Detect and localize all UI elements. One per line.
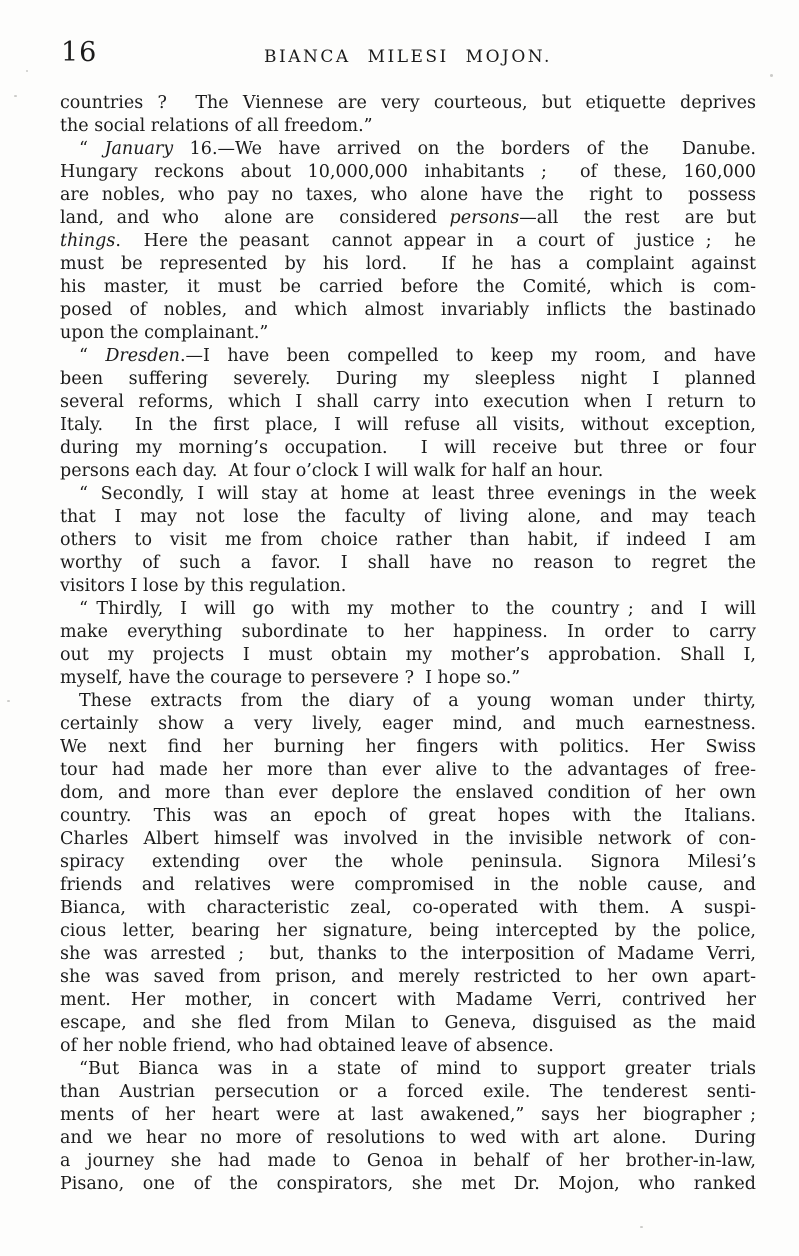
text-line: and we hear no more of resolutions to we… (60, 1127, 756, 1150)
text-line: cious letter, bearing her signature, bei… (60, 920, 756, 943)
text-line: friends and relatives were compromised i… (60, 874, 756, 897)
text-line: of her noble friend, who had obtained le… (60, 1035, 756, 1058)
text-line: out my projects I must obtain my mother’… (60, 644, 756, 667)
scan-speck (770, 74, 773, 77)
text-line: posed of nobles, and which almost invari… (60, 299, 756, 322)
text-line: been suffering severely. During my sleep… (60, 368, 756, 391)
text-line: Hungary reckons about 10,000,000 inhabit… (60, 161, 756, 184)
text-line: Bianca, with characteristic zeal, co-ope… (60, 897, 756, 920)
text-line: during my morning’s occupation. I will r… (60, 437, 756, 460)
text-line: worthy of such a favor. I shall have no … (60, 552, 756, 575)
text-line: Pisano, one of the conspirators, she met… (60, 1173, 756, 1196)
text-line: make everything subordinate to her happi… (60, 621, 756, 644)
text-line: persons each day. At four o’clock I will… (60, 460, 756, 483)
text-line: several reforms, which I shall carry int… (60, 391, 756, 414)
text-line: dom, and more than ever deplore the ensl… (60, 782, 756, 805)
text-line: a journey she had made to Genoa in behal… (60, 1150, 756, 1173)
scan-speck (26, 70, 28, 72)
page-body: countries ? The Viennese are very courte… (60, 92, 756, 1196)
text-line: others to visit me from choice rather th… (60, 529, 756, 552)
text-line: she was saved from prison, and merely re… (60, 966, 756, 989)
text-line: These extracts from the diary of a young… (60, 690, 756, 713)
text-line: ments of her heart were at last awakened… (60, 1104, 756, 1127)
scan-speck (640, 1226, 643, 1228)
text-line: land, and who alone are considered perso… (60, 207, 756, 230)
text-line: ment. Her mother, in concert with Madame… (60, 989, 756, 1012)
text-line: We next find her burning her fingers wit… (60, 736, 756, 759)
text-line: that I may not lose the faculty of livin… (60, 506, 756, 529)
text-line: Charles Albert himself was involved in t… (60, 828, 756, 851)
text-line: visitors I lose by this regulation. (60, 575, 756, 598)
text-line: she was arrested ; but, thanks to the in… (60, 943, 756, 966)
text-line: escape, and she fled from Milan to Genev… (60, 1012, 756, 1035)
scan-speck (14, 95, 17, 97)
running-title: BIANCA MILESI MOJON. (60, 47, 756, 67)
text-line: countries ? The Viennese are very courte… (60, 92, 756, 115)
text-line: upon the complainant.” (60, 322, 756, 345)
text-line: Italy. In the first place, I will refuse… (60, 414, 756, 437)
text-line: “ Thirdly, I will go with my mother to t… (60, 598, 756, 621)
text-line: “ January 16.—We have arrived on the bor… (60, 138, 756, 161)
text-line: are nobles, who pay no taxes, who alone … (60, 184, 756, 207)
text-line: “ Secondly, I will stay at home at least… (60, 483, 756, 506)
text-line: than Austrian persecution or a forced ex… (60, 1081, 756, 1104)
text-line: things. Here the peasant cannot appear i… (60, 230, 756, 253)
scan-speck (7, 700, 10, 702)
text-line: certainly show a very lively, eager mind… (60, 713, 756, 736)
text-line: must be represented by his lord. If he h… (60, 253, 756, 276)
text-line: the social relations of all freedom.” (60, 115, 756, 138)
book-page: 16 BIANCA MILESI MOJON. countries ? The … (0, 0, 799, 1256)
text-line: tour had made her more than ever alive t… (60, 759, 756, 782)
text-line: his master, it must be carried before th… (60, 276, 756, 299)
text-line: myself, have the courage to persevere ? … (60, 667, 756, 690)
text-line: spiracy extending over the whole peninsu… (60, 851, 756, 874)
text-line: “ Dresden.—I have been compelled to keep… (60, 345, 756, 368)
scan-speck (748, 99, 750, 101)
text-line: “But Bianca was in a state of mind to su… (60, 1058, 756, 1081)
text-line: country. This was an epoch of great hope… (60, 805, 756, 828)
